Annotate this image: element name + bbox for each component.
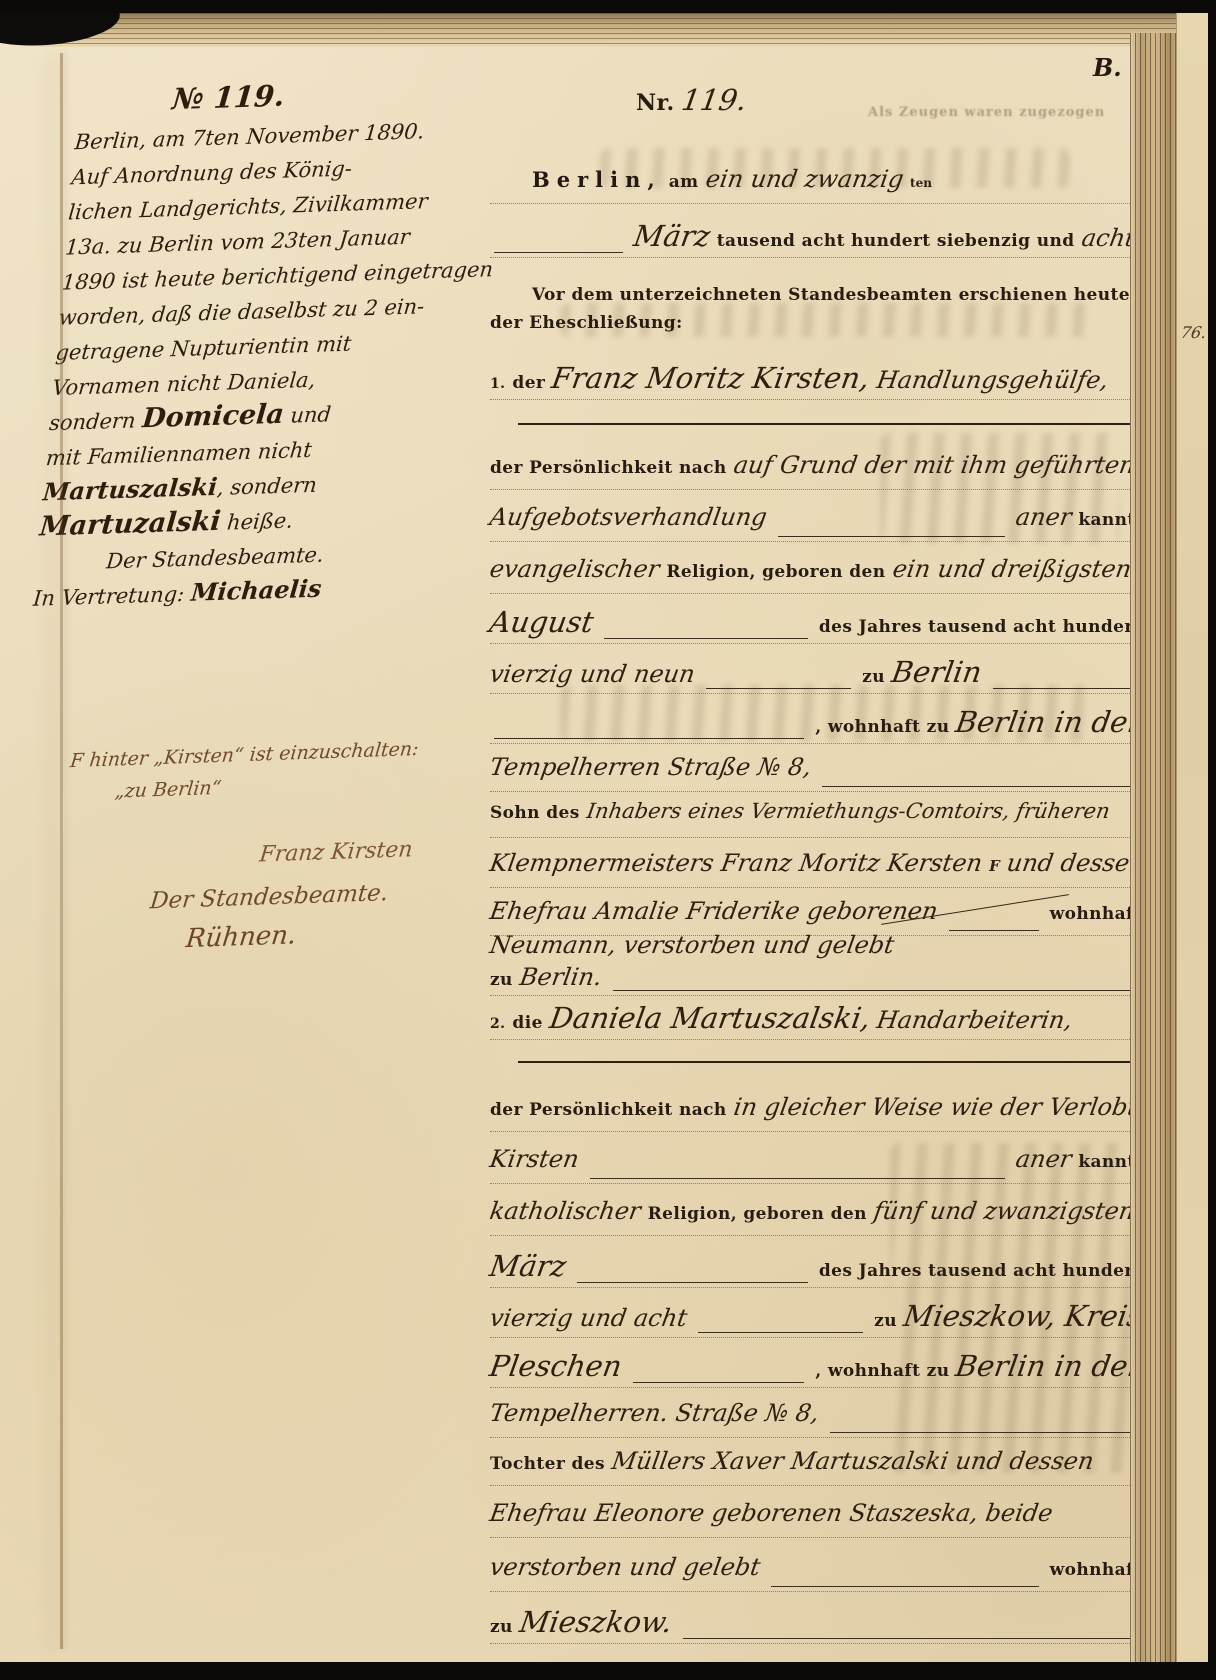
groom-occupation: Handlungsgehülfe,	[874, 366, 1110, 394]
margin-line: In Vertretung: Michaelis	[32, 569, 445, 617]
bride-parents-residence-line: zu Mieszkow.	[490, 1605, 1142, 1649]
bride-religion: katholischer	[488, 1197, 643, 1225]
date-line-2: März tausend acht hundert siebenzig und …	[490, 219, 1142, 263]
bride-street: Tempelherren. Straße № 8,	[488, 1399, 821, 1427]
paper-sheet: B. Als Zeugen waren zugezogen № 119. Ber…	[0, 13, 1208, 1663]
parents-residence: Berlin.	[518, 963, 604, 991]
bride-mother-line: Ehefrau Eleonore geborenen Staszeska, be…	[490, 1499, 1142, 1543]
blank-rule	[679, 1605, 1142, 1649]
groom-residence: Berlin in der	[954, 705, 1145, 739]
bride-birth-year: vierzig und acht	[488, 1304, 689, 1332]
groom-religion: evangelischer	[488, 555, 662, 583]
insertion-mark-f: F	[989, 857, 1000, 875]
groom-residence-line: , wohnhaft zu Berlin in der	[490, 705, 1142, 749]
corrected-surname: Martuzalski	[38, 506, 222, 543]
blank-rule	[702, 655, 855, 699]
intro-line-2: der Eheschließung:	[490, 313, 1142, 357]
bride-birth-place-line-2: Pleschen , wohnhaft zu Berlin in der	[490, 1349, 1142, 1393]
margin-text: heiße.	[219, 508, 294, 534]
section-rule	[518, 423, 1142, 425]
bleedthrough-text: Als Zeugen waren zugezogen	[868, 105, 1105, 120]
wohnhaft-zu-label: , wohnhaft zu	[815, 1361, 949, 1381]
identity-handwritten: Kirsten	[488, 1145, 581, 1173]
religion-label: Religion, geboren den	[648, 1204, 867, 1224]
item-number: 2.	[490, 1016, 505, 1032]
intro-text: der Eheschließung:	[490, 313, 683, 333]
groom-identity-line-2: Aufgebotsverhandlung aner kannt,	[490, 503, 1142, 547]
bride-father-line: Tochter des Müllers Xaver Martuszalski u…	[490, 1447, 1142, 1491]
zu-label: zu	[490, 970, 513, 990]
blank-rule	[490, 705, 808, 749]
der-label: der	[512, 373, 545, 393]
day-handwritten: ein und zwanzig	[703, 165, 905, 193]
bride-birth-place: Mieszkow, Kreis	[901, 1299, 1144, 1333]
blank-rule	[818, 753, 1142, 797]
registry-book-scan: B. Als Zeugen waren zugezogen № 119. Ber…	[0, 0, 1216, 1680]
wohnhaft-zu-label: , wohnhaft zu	[815, 717, 949, 737]
scan-background-top	[0, 0, 1216, 13]
blank-rule	[609, 963, 1142, 1001]
margin-record-number: № 119.	[77, 76, 380, 120]
city-printed: Berlin,	[532, 167, 662, 192]
groom-birth-day: ein und dreißigsten	[890, 555, 1133, 583]
religion-label: Religion, geboren den	[666, 562, 885, 582]
identity-label: der Persönlichkeit nach	[490, 458, 727, 478]
groom-street: Tempelherren Straße № 8,	[488, 753, 814, 781]
groom-religion-line: evangelischer Religion, geboren den ein …	[490, 555, 1142, 599]
blank-rule	[573, 1249, 812, 1293]
aner-handwritten: aner	[1014, 1145, 1074, 1173]
section-rule	[518, 1061, 1142, 1063]
bride-birth-year-line: vierzig und acht zu Mieszkow, Kreis	[490, 1299, 1142, 1343]
old-surname: Martuszalski	[42, 472, 219, 507]
father-name: Klempnermeisters Franz Moritz Kersten	[488, 849, 985, 877]
parents-status: verstorben und gelebt	[488, 1553, 763, 1581]
bride-birth-district: Pleschen	[487, 1349, 624, 1383]
bride-street-line: Tempelherren. Straße № 8,	[490, 1399, 1142, 1443]
wohnhaft-label: wohnhaft	[1050, 904, 1142, 924]
blank-rule	[826, 1399, 1142, 1443]
bride-birth-month: März	[487, 1249, 569, 1283]
die-label: die	[512, 1013, 542, 1033]
year-label: des Jahres tausend acht hundert	[819, 1261, 1142, 1281]
deputy-label: In Vertretung:	[32, 582, 192, 611]
mother-name: Ehefrau Amalie Friderike geborenen	[488, 897, 940, 925]
bride-religion-line: katholischer Religion, geboren den fünf …	[490, 1197, 1142, 1241]
page-crease	[60, 53, 63, 1649]
next-page-fragment: 76.	[1179, 323, 1208, 342]
ten-suffix: ten	[910, 176, 932, 190]
groom-birth-month-line: August des Jahres tausend acht hundert	[490, 605, 1142, 649]
groom-mother-line-2: Neumann, verstorben und gelebt	[490, 931, 1142, 967]
blank-rule	[600, 605, 811, 649]
parents-residence: Mieszkow.	[517, 1605, 674, 1639]
blank-rule	[490, 219, 627, 263]
page-stack-edge-right	[1130, 33, 1176, 1663]
groom-birth-year-line: vierzig und neun zu Berlin	[490, 655, 1142, 699]
signature-franz-kirsten: Franz Kirsten	[258, 834, 490, 867]
registrar-signature: Rühnen.	[184, 914, 482, 954]
page-corner-letter: B.	[1093, 53, 1122, 82]
identity-label: der Persönlichkeit nach	[490, 1100, 727, 1120]
blank-rule	[694, 1299, 867, 1343]
bride-identity-line-2: Kirsten aner kannt,	[490, 1145, 1142, 1189]
blank-rule	[989, 655, 1142, 699]
aner-handwritten: aner	[1014, 503, 1074, 531]
page-stack-edge-top	[40, 13, 1208, 47]
next-page-sliver: 76.	[1176, 13, 1208, 1663]
bride-name-line: 2. die Daniela Martuszalski, Handarbeite…	[490, 1001, 1142, 1045]
registrar-title: Der Standesbeamte.	[148, 874, 486, 918]
year-printed: tausend acht hundert siebenzig und	[717, 231, 1075, 251]
father-name: Müllers Xaver Martuszalski und dessen	[610, 1447, 1096, 1475]
groom-identity-line-1: der Persönlichkeit nach auf Grund der mi…	[490, 451, 1142, 495]
groom-name-line: 1. der Franz Moritz Kirsten, Handlungsge…	[490, 361, 1142, 405]
groom-street-line: Tempelherren Straße № 8,	[490, 753, 1142, 797]
registrar-signature-michaelis: Michaelis	[190, 574, 323, 607]
zu-label: zu	[874, 1311, 897, 1331]
zu-label: zu	[862, 667, 885, 687]
groom-parents-residence-line: zu Berlin.	[490, 963, 1142, 1001]
bride-parents-status-line: verstorben und gelebt wohnhaft	[490, 1553, 1142, 1597]
und-dessen-handwritten: und dessen	[1005, 849, 1147, 877]
bride-birth-month-line: März des Jahres tausend acht hundert	[490, 1249, 1142, 1293]
item-number: 1.	[490, 376, 505, 392]
groom-birth-place: Berlin	[889, 655, 984, 689]
tochter-label: Tochter des	[490, 1454, 605, 1474]
identity-handwritten: Aufgebotsverhandlung	[488, 503, 769, 531]
mother-maiden-name: Neumann, verstorben und gelebt	[488, 931, 896, 959]
identity-handwritten: in gleicher Weise wie der Verlobte	[731, 1093, 1153, 1121]
groom-father-line-2: Klempnermeisters Franz Moritz Kersten F …	[490, 849, 1142, 893]
scan-background-bottom	[0, 1662, 1216, 1680]
intro-text: Vor dem unterzeichneten Standesbeamten e…	[532, 285, 1208, 305]
wohnhaft-label: wohnhaft	[1050, 1560, 1142, 1580]
margin-text: , sondern	[216, 473, 318, 500]
identity-handwritten: auf Grund der mit ihm geführten	[731, 451, 1136, 479]
nr-label: Nr.	[636, 90, 675, 116]
bride-birth-day: fünf und zwanzigsten	[872, 1197, 1137, 1225]
corrected-given-name: Domicela	[141, 399, 285, 435]
groom-birth-month: August	[487, 605, 596, 639]
record-number-line: Nr. 119.	[636, 83, 876, 127]
zu-label: zu	[490, 1617, 513, 1637]
bride-occupation: Handarbeiterin,	[875, 1006, 1075, 1034]
sohn-label: Sohn des	[490, 803, 580, 823]
mother-name: Ehefrau Eleonore geborenen Staszeska, be…	[488, 1499, 1055, 1527]
margin-insertion-note: F hinter „Kirsten“ ist einzuschalten: „z…	[50, 730, 502, 959]
month-handwritten: März	[631, 219, 713, 253]
nr-value: 119.	[679, 83, 749, 117]
bride-name: Daniela Martuszalski,	[547, 1001, 873, 1035]
bride-identity-line-1: der Persönlichkeit nach in gleicher Weis…	[490, 1093, 1142, 1137]
margin-correction-note: № 119. Berlin, am 7ten November 1890. Au…	[32, 72, 490, 617]
blank-rule	[629, 1349, 809, 1393]
groom-name: Franz Moritz Kirsten,	[550, 361, 873, 395]
year-label: des Jahres tausend acht hundert	[819, 617, 1142, 637]
am-label: am	[669, 172, 699, 192]
blank-rule	[586, 1145, 1009, 1189]
groom-father-line-1: Sohn des Inhabers eines Vermiethungs-Com…	[490, 799, 1142, 843]
blank-rule	[767, 1553, 1042, 1597]
father-description: Inhabers eines Vermiethungs-Comtoirs, fr…	[585, 799, 1112, 823]
bride-residence: Berlin in der	[954, 1349, 1145, 1383]
blank-rule	[774, 503, 1009, 547]
margin-text: und	[283, 402, 332, 428]
groom-birth-year: vierzig und neun	[488, 660, 697, 688]
date-line-1: Berlin, am ein und zwanzig ten	[490, 165, 1142, 209]
